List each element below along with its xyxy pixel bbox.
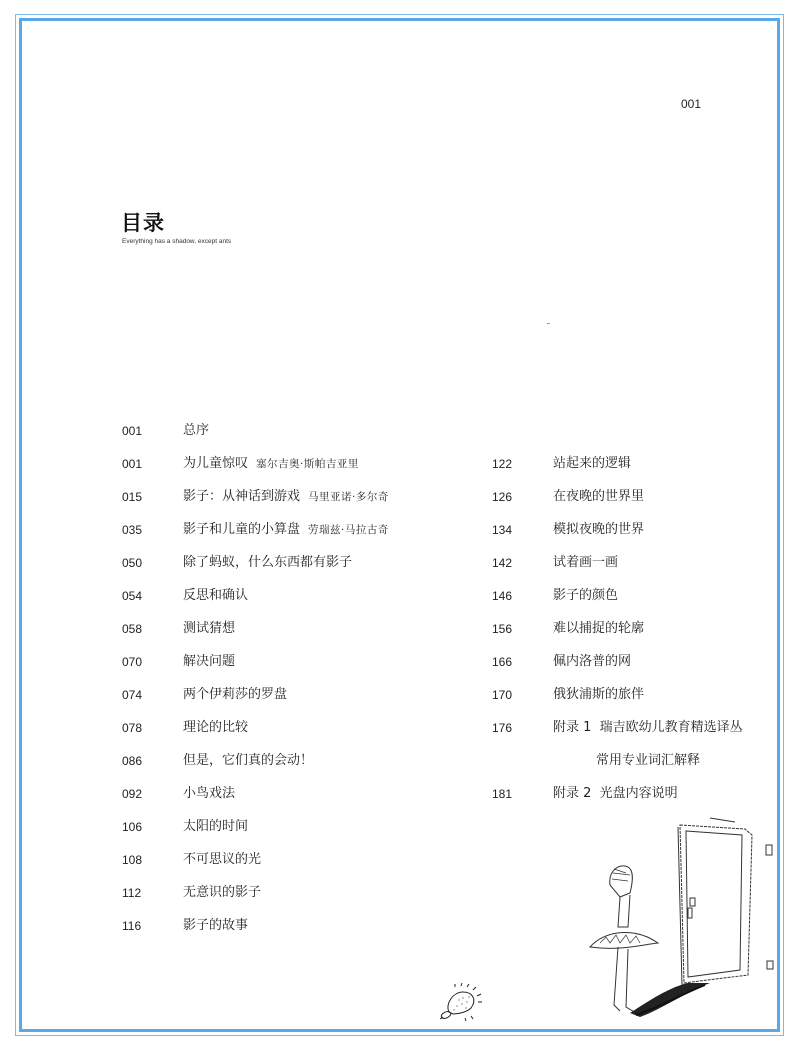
toc-page-number: 156: [492, 619, 512, 639]
toc-author: 塞尔吉奥·斯帕吉亚里: [256, 458, 359, 470]
toc-page-number: 070: [122, 652, 142, 672]
page-subtitle: Everything has a shadow, except ants: [122, 238, 231, 245]
child-door-illustration: [580, 815, 780, 1030]
toc-title: 除了蚂蚁，什么东西都有影子: [183, 553, 352, 573]
toc-page-number: 035: [122, 520, 142, 540]
toc-title: 测试猜想: [183, 619, 235, 639]
toc-title: 为儿童惊叹塞尔吉奥·斯帕吉亚里: [183, 454, 359, 474]
toc-title: 太阳的时间: [183, 817, 248, 837]
toc-page-number: 086: [122, 751, 142, 771]
toc-page-number: 092: [122, 784, 142, 804]
toc-page-number: 142: [492, 553, 512, 573]
toc-title: 附录 1 瑞吉欧幼儿教育精选译丛: [553, 718, 743, 738]
toc-page-number: 050: [122, 553, 142, 573]
toc-page-number: 001: [122, 454, 142, 474]
toc-page-number: 001: [122, 421, 142, 441]
toc-page-number: 146: [492, 586, 512, 606]
toc-title: 俄狄浦斯的旅伴: [553, 685, 644, 705]
toc-page-number: 122: [492, 454, 512, 474]
lightbulb-icon: [435, 982, 485, 1024]
toc-title: 无意识的影子: [183, 883, 261, 903]
speck: [547, 323, 550, 324]
toc-title: 难以捕捉的轮廓: [553, 619, 644, 639]
toc-author: 劳瑞兹·马拉古奇: [308, 524, 389, 536]
toc-page-number: 176: [492, 718, 512, 738]
toc-title: 反思和确认: [183, 586, 248, 606]
toc-page-number: 112: [122, 883, 141, 903]
toc-page-number: 116: [122, 916, 141, 936]
toc-author: 马里亚诺·多尔奇: [308, 491, 389, 503]
toc-page-number: 108: [122, 850, 142, 870]
toc-page-number: 181: [492, 784, 512, 804]
toc-title: 影子：从神话到游戏马里亚诺·多尔奇: [183, 487, 389, 507]
toc-page-number: 074: [122, 685, 142, 705]
toc-page-number: 126: [492, 487, 512, 507]
toc-title: 附录 2 光盘内容说明: [553, 784, 678, 804]
toc-title: 但是，它们真的会动！: [183, 751, 313, 771]
toc-title: 小鸟戏法: [183, 784, 235, 804]
toc-title: 在夜晚的世界里: [553, 487, 644, 507]
toc-title: 站起来的逻辑: [553, 454, 631, 474]
toc-title: 总序: [183, 421, 217, 441]
toc-title: 佩内洛普的网: [553, 652, 631, 672]
toc-title: 试着画一画: [553, 553, 618, 573]
toc-page-number: 134: [492, 520, 512, 540]
toc-page-number: 054: [122, 586, 142, 606]
page-title: 目录: [121, 207, 165, 237]
toc-title: 理论的比较: [183, 718, 248, 738]
toc-page-number: 058: [122, 619, 142, 639]
toc-title: 模拟夜晚的世界: [553, 520, 644, 540]
toc-title: 解决问题: [183, 652, 235, 672]
toc-title: 影子和儿童的小算盘劳瑞兹·马拉古奇: [183, 520, 389, 540]
toc-page-number: 078: [122, 718, 142, 738]
toc-title: 影子的颜色: [553, 586, 618, 606]
toc-page-number: 170: [492, 685, 512, 705]
toc-title: 影子的故事: [183, 916, 248, 936]
toc-title: 不可思议的光: [183, 850, 261, 870]
toc-page-number: 166: [492, 652, 512, 672]
toc-page-number: 106: [122, 817, 142, 837]
page-number: 001: [681, 97, 701, 111]
toc-title: 两个伊莉莎的罗盘: [183, 685, 287, 705]
toc-page-number: 015: [122, 487, 142, 507]
toc-title: 常用专业词汇解释: [596, 751, 700, 771]
